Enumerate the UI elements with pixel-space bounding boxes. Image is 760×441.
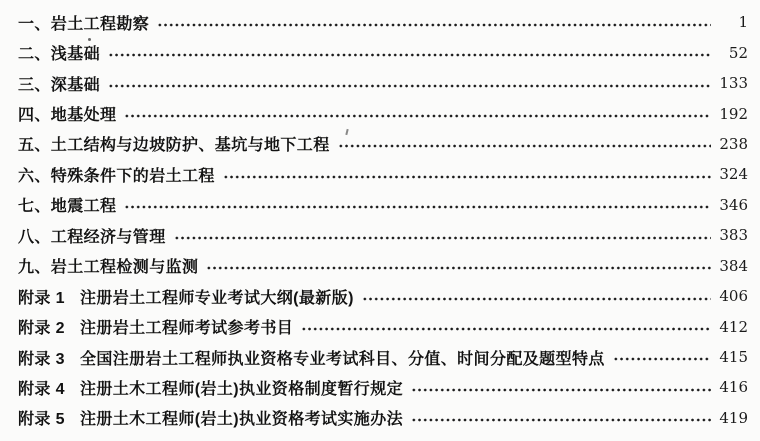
toc-entry-page: 346 — [718, 196, 748, 214]
toc-entry-title: 七、地震工程 — [18, 193, 116, 216]
toc-entry-prefix: 附录 4 — [18, 376, 65, 399]
dot-leader — [108, 37, 711, 67]
scan-noise-dot — [88, 38, 91, 41]
dot-leader — [301, 311, 711, 341]
dot-leader — [362, 281, 711, 311]
toc-entry-page: 324 — [718, 165, 748, 183]
toc-entry-title: 八、工程经济与管理 — [18, 224, 166, 247]
toc-entry-page: 406 — [718, 287, 748, 305]
toc-entry-page: 412 — [718, 318, 748, 336]
toc-entry-title: 二、浅基础 — [18, 41, 100, 64]
toc-entry-page: 415 — [718, 348, 748, 366]
toc-entry-title: 注册土木工程师(岩土)执业资格考试实施办法 — [80, 406, 403, 429]
toc-entry-page: 419 — [718, 409, 748, 427]
toc-entry: 四、地基处理 192 — [18, 98, 748, 128]
toc-entry: 八、工程经济与管理 383 — [18, 220, 748, 250]
dot-leader — [223, 159, 711, 189]
dot-leader — [411, 403, 711, 433]
toc-entry-page: 384 — [718, 257, 748, 275]
toc-entry-page: 1 — [718, 13, 748, 31]
toc-entry: 五、土工结构与边坡防护、基坑与地下工程 238 — [18, 129, 748, 159]
toc-entry-appendix: 附录 2 注册岩土工程师考试参考书目 412 — [18, 311, 748, 341]
toc-entry-title: 注册岩土工程师考试参考书目 — [80, 315, 293, 338]
toc-entry-title: 四、地基处理 — [18, 102, 116, 125]
toc-entry-page: 192 — [718, 105, 748, 123]
toc-entry-prefix: 附录 2 — [18, 315, 65, 338]
toc-entry-title: 六、特殊条件下的岩土工程 — [18, 163, 215, 186]
dot-leader — [174, 220, 711, 250]
toc-entry-prefix: 附录 3 — [18, 346, 65, 369]
toc-entry-title: 五、土工结构与边坡防护、基坑与地下工程 — [18, 132, 330, 155]
toc-page: 一、岩土工程勘察 1 二、浅基础 52 三、深基础 133 四、地基处理 192… — [0, 0, 760, 441]
dot-leader — [206, 251, 711, 281]
toc-entry-title: 全国注册岩土工程师执业资格专业考试科目、分值、时间分配及题型特点 — [80, 346, 605, 369]
toc-entry-appendix: 附录 5 注册土木工程师(岩土)执业资格考试实施办法 419 — [18, 403, 748, 433]
dot-leader — [411, 372, 711, 402]
toc-entry: 九、岩土工程检测与监测 384 — [18, 251, 748, 281]
dot-leader — [108, 68, 711, 98]
toc-entry-title: 注册岩土工程师专业考试大纲(最新版) — [80, 285, 354, 308]
toc-entry-prefix: 附录 5 — [18, 406, 65, 429]
toc-entry: 一、岩土工程勘察 1 — [18, 7, 748, 37]
toc-entry: 二、浅基础 52 — [18, 37, 748, 67]
toc-entry-page: 416 — [718, 378, 748, 396]
toc-entry-page: 133 — [718, 74, 748, 92]
toc-entry-appendix: 附录 4 注册土木工程师(岩土)执业资格制度暂行规定 416 — [18, 372, 748, 402]
toc-entry-title: 三、深基础 — [18, 72, 100, 95]
dot-leader — [338, 129, 711, 159]
toc-entry-appendix: 附录 1 注册岩土工程师专业考试大纲(最新版) 406 — [18, 281, 748, 311]
dot-leader — [157, 7, 711, 37]
toc-entry-appendix: 附录 3 全国注册岩土工程师执业资格专业考试科目、分值、时间分配及题型特点 41… — [18, 342, 748, 372]
dot-leader — [613, 342, 711, 372]
toc-entry-title: 一、岩土工程勘察 — [18, 11, 149, 34]
toc-entry-page: 52 — [718, 44, 748, 62]
toc-entry: 六、特殊条件下的岩土工程 324 — [18, 159, 748, 189]
dot-leader — [124, 98, 711, 128]
toc-entry-title: 注册土木工程师(岩土)执业资格制度暂行规定 — [80, 376, 403, 399]
toc-entry-prefix: 附录 1 — [18, 285, 65, 308]
toc-entry: 三、深基础 133 — [18, 68, 748, 98]
toc-entry-page: 383 — [718, 226, 748, 244]
dot-leader — [124, 190, 711, 220]
toc-entry-page: 238 — [718, 135, 748, 153]
toc-entry-title: 九、岩土工程检测与监测 — [18, 254, 198, 277]
toc-entry: 七、地震工程 346 — [18, 190, 748, 220]
